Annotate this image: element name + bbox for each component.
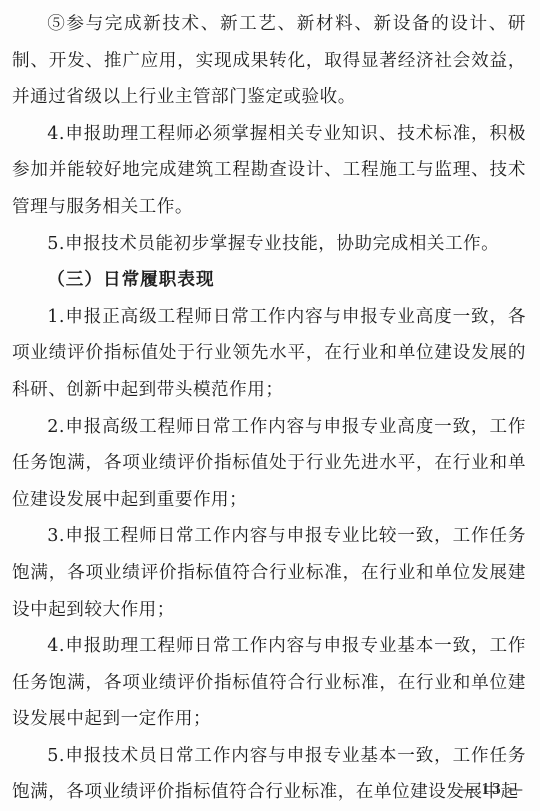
section-heading-daily-performance: （三）日常履职表现	[12, 262, 526, 299]
paragraph-item-5-continued: ⑤参与完成新技术、新工艺、新材料、新设备的设计、研制、开发、推广应用，实现成果转…	[12, 6, 526, 116]
document-page: ⑤参与完成新技术、新工艺、新材料、新设备的设计、研制、开发、推广应用，实现成果转…	[0, 0, 540, 811]
paragraph-item-4-assistant-engineer: 4.申报助理工程师必须掌握相关专业知识、技术标准，积极参加并能较好地完成建筑工程…	[12, 116, 526, 226]
paragraph-item-5-technician-daily: 5.申报技术员日常工作内容与申报专业基本一致，工作任务饱满，各项业绩评价指标值符…	[12, 738, 526, 811]
paragraph-item-1-senior-professor-engineer: 1.申报正高级工程师日常工作内容与申报专业高度一致，各项业绩评价指标值处于行业领…	[12, 299, 526, 409]
paragraph-item-4-assistant-engineer-daily: 4.申报助理工程师日常工作内容与申报专业基本一致，工作任务饱满，各项业绩评价指标…	[12, 628, 526, 738]
paragraph-item-5-technician: 5.申报技术员能初步掌握专业技能，协助完成相关工作。	[12, 226, 526, 263]
page-number: — 13 —	[459, 780, 524, 798]
paragraph-item-2-senior-engineer: 2.申报高级工程师日常工作内容与申报专业高度一致，工作任务饱满，各项业绩评价指标…	[12, 409, 526, 519]
paragraph-item-3-engineer: 3.申报工程师日常工作内容与申报专业比较一致，工作任务饱满，各项业绩评价指标值符…	[12, 518, 526, 628]
document-body: ⑤参与完成新技术、新工艺、新材料、新设备的设计、研制、开发、推广应用，实现成果转…	[12, 6, 526, 811]
